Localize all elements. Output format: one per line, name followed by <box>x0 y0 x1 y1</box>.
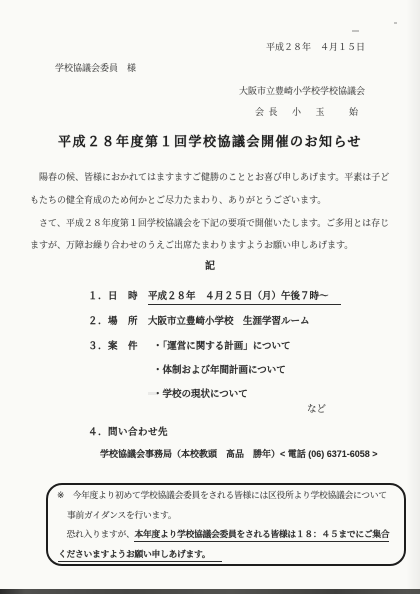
scan-edge-artifact <box>0 589 420 594</box>
recipient-line: 学校協議会委員 様 <box>55 63 136 74</box>
item3-label: ３．案 件 <box>88 341 138 352</box>
document-date: 平成２８年 ４月１５日 <box>266 42 365 53</box>
item3-bullet-2: ・体制および年間計画について <box>153 365 286 376</box>
greeting-line-1: 陽春の候、皆様におかれてはますますご健勝のこととお喜び申しあげます。平素は子ど <box>30 172 389 183</box>
greeting-line-2: もたちの健全育成のため何かとご尽力たまわり、ありがとうございます。 <box>30 195 326 206</box>
scan-speck <box>352 30 359 32</box>
sender-chairperson: 会 長 小 玉 始 <box>255 107 359 118</box>
notice-line-3-underlined: 本年度より学校協議会委員をされる皆様は１８：４５までにご集合 <box>134 529 389 542</box>
sender-organization: 大阪市立豊崎小学校学校協議会 <box>239 86 365 97</box>
record-marker: 記 <box>0 261 420 272</box>
body-line-2: ますが、万障お繰り合わせのうえご出席たまわりますようお願い申しあげます。 <box>30 240 353 251</box>
page-title: 平成２８年度第１回学校協議会開催のお知らせ <box>0 136 420 147</box>
item2-label: ２．場 所 <box>88 316 138 327</box>
notice-line-2: 事前ガイダンスを行います。 <box>67 510 176 521</box>
notice-line-3-plain: 恐れ入りますが、 <box>58 529 134 539</box>
item4-label: ４．問い合わせ先 <box>88 427 168 438</box>
item1-value-datetime: 平成２８年 ４月２５日（月）午後７時～ <box>148 291 341 305</box>
scanned-notice-page: 平成２８年 ４月１５日 学校協議会委員 様 大阪市立豊崎小学校学校協議会 会 長… <box>0 0 420 594</box>
item3-bullet-1: ・「運営に関する計画」について <box>153 341 291 352</box>
item3-bullet-3: ・学校の現状について <box>153 389 248 400</box>
scan-speck <box>394 22 397 24</box>
item2-value-place: 大阪市立豊崎小学校 生涯学習ルーム <box>148 316 310 327</box>
item1-label: １．日 時 <box>88 291 138 302</box>
notice-line-4-underlined: くださいますようお願い申しあげます。 <box>58 549 222 562</box>
scan-speck <box>148 392 158 395</box>
item3-etc-note: など <box>307 404 326 415</box>
item4-value-contact: 学校協議会事務局（本校教頭 髙品 勝年）< 電話 (06) 6371-6058 … <box>100 449 378 460</box>
body-line-1: さて、平成２８年度第１回学校協議会を下記の要項で開催いたします。ご多用とは存じ <box>30 218 389 229</box>
notice-line-1: ※ 今年度より初めて学校協議会委員をされる皆様には区役所より学校協議会について <box>57 490 387 501</box>
